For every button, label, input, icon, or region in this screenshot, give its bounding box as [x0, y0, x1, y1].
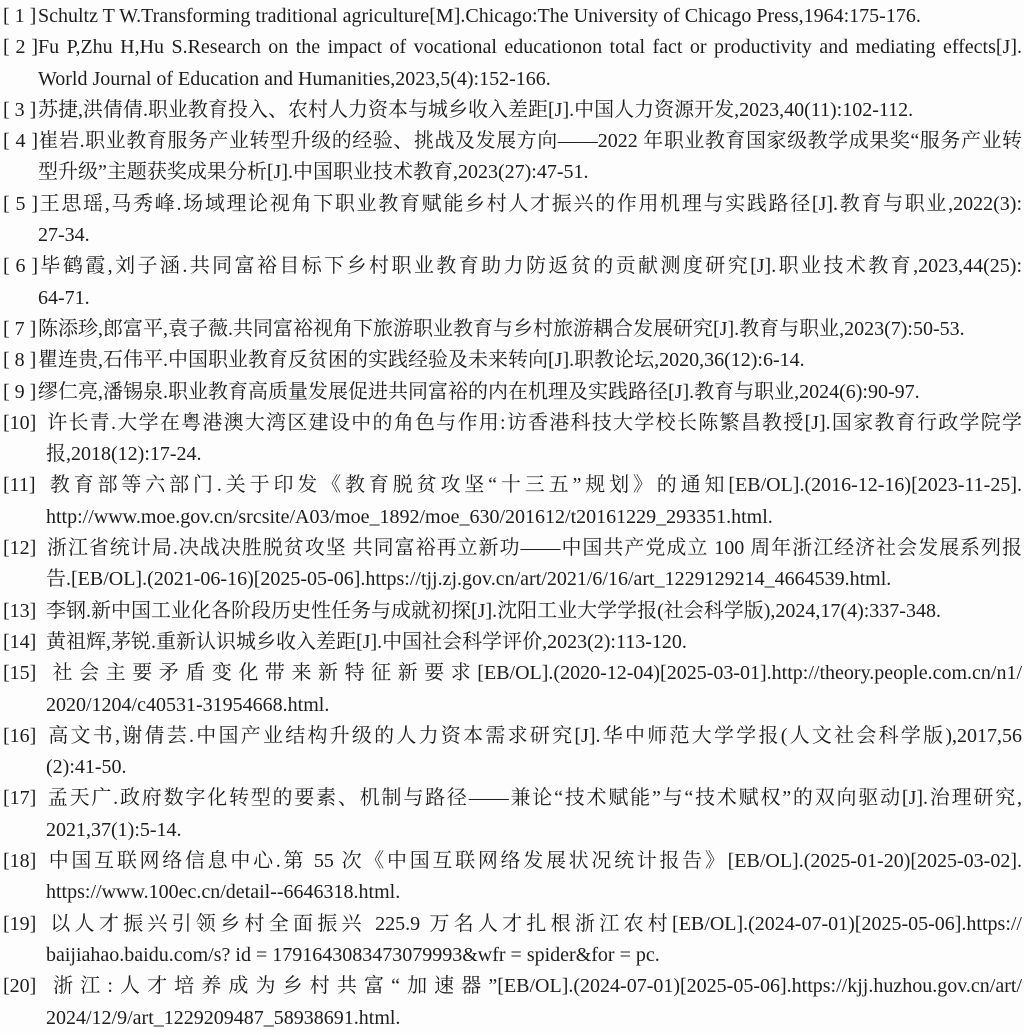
- reference-number: [20]: [3, 971, 46, 1002]
- reference-text: Schultz T W.Transforming traditional agr…: [38, 5, 921, 27]
- reference-line: [ 3 ]苏捷,洪倩倩.职业教育投入、农村人力资本与城乡收入差距[J].中国人力…: [3, 95, 1022, 126]
- reference-number: [ 8 ]: [3, 345, 38, 376]
- reference-number: [ 2 ]: [3, 32, 38, 63]
- reference-number: [ 9 ]: [3, 377, 38, 408]
- reference-text: 王思瑶,马秀峰.场域理论视角下职业教育赋能乡村人才振兴的作用机理与实践路径[J]…: [38, 193, 1022, 215]
- reference-text: 浙江省统计局.决战决胜脱贫攻坚 共同富裕再立新功——中国共产党成立 100 周年…: [46, 537, 1022, 559]
- reference-number: [ 7 ]: [3, 314, 38, 345]
- reference-continuation-line: 2024/12/9/art_1229209487_58938691.html.: [3, 1003, 1022, 1033]
- reference-continuation-line: 型升级”主题获奖成果分析[J].中国职业技术教育,2023(27):47-51.: [3, 157, 1022, 188]
- reference-item: [ 9 ]缪仁亮,潘锡泉.职业教育高质量发展促进共同富裕的内在机理及实践路径[J…: [3, 377, 1022, 408]
- reference-item: [ 6 ]毕鹤霞,刘子涵.共同富裕目标下乡村职业教育助力防返贫的贡献测度研究[J…: [3, 251, 1022, 314]
- reference-item: [18]中国互联网络信息中心.第 55 次《中国互联网络发展状况统计报告》[EB…: [3, 846, 1022, 909]
- reference-line: [10]许长青.大学在粤港澳大湾区建设中的角色与作用:访香港科技大学校长陈繁昌教…: [3, 408, 1022, 439]
- reference-item: [ 8 ]瞿连贵,石伟平.中国职业教育反贫困的实践经验及未来转向[J].职教论坛…: [3, 345, 1022, 376]
- reference-item: [17]孟天广.政府数字化转型的要素、机制与路径——兼论“技术赋能”与“技术赋权…: [3, 783, 1022, 846]
- reference-text: 浙江:人才培养成为乡村共富“加速器”[EB/OL].(2024-07-01)[2…: [46, 975, 1022, 997]
- reference-line: [ 5 ]王思瑶,马秀峰.场域理论视角下职业教育赋能乡村人才振兴的作用机理与实践…: [3, 189, 1022, 220]
- reference-line: [ 6 ]毕鹤霞,刘子涵.共同富裕目标下乡村职业教育助力防返贫的贡献测度研究[J…: [3, 251, 1022, 282]
- reference-continuation-line: https://www.100ec.cn/detail--6646318.htm…: [3, 877, 1022, 908]
- reference-item: [12]浙江省统计局.决战决胜脱贫攻坚 共同富裕再立新功——中国共产党成立 10…: [3, 533, 1022, 596]
- reference-text: 黄祖辉,茅锐.重新认识城乡收入差距[J].中国社会科学评价,2023(2):11…: [46, 631, 687, 653]
- reference-text: 瞿连贵,石伟平.中国职业教育反贫困的实践经验及未来转向[J].职教论坛,2020…: [38, 349, 805, 371]
- reference-text: Fu P,Zhu H,Hu S.Research on the impact o…: [38, 36, 1022, 58]
- reference-item: [ 1 ]Schultz T W.Transforming traditiona…: [3, 1, 1022, 32]
- reference-item: [11]教育部等六部门.关于印发《教育脱贫攻坚“十三五”规划》的通知[EB/OL…: [3, 470, 1022, 533]
- reference-number: [ 5 ]: [3, 189, 38, 220]
- reference-line: [14]黄祖辉,茅锐.重新认识城乡收入差距[J].中国社会科学评价,2023(2…: [3, 627, 1022, 658]
- reference-item: [ 2 ]Fu P,Zhu H,Hu S.Research on the imp…: [3, 32, 1022, 95]
- reference-text: 李钢.新中国工业化各阶段历史性任务与成就初探[J].沈阳工业大学学报(社会科学版…: [46, 600, 941, 622]
- reference-item: [19]以人才振兴引领乡村全面振兴 225.9 万名人才扎根浙江农村[EB/OL…: [3, 909, 1022, 972]
- reference-line: [ 7 ]陈添珍,郎富平,袁子薇.共同富裕视角下旅游职业教育与乡村旅游耦合发展研…: [3, 314, 1022, 345]
- reference-text: 教育部等六部门.关于印发《教育脱贫攻坚“十三五”规划》的通知[EB/OL].(2…: [46, 474, 1022, 496]
- reference-continuation-line: baijiahao.baidu.com/s? id = 179164308347…: [3, 940, 1022, 971]
- reference-number: [11]: [3, 470, 46, 501]
- reference-number: [18]: [3, 846, 46, 877]
- reference-text: 许长青.大学在粤港澳大湾区建设中的角色与作用:访香港科技大学校长陈繁昌教授[J]…: [46, 412, 1022, 434]
- reference-line: [ 9 ]缪仁亮,潘锡泉.职业教育高质量发展促进共同富裕的内在机理及实践路径[J…: [3, 377, 1022, 408]
- reference-number: [ 6 ]: [3, 251, 38, 282]
- reference-continuation-line: (2):41-50.: [3, 752, 1022, 783]
- reference-line: [13]李钢.新中国工业化各阶段历史性任务与成就初探[J].沈阳工业大学学报(社…: [3, 596, 1022, 627]
- reference-continuation-line: http://www.moe.gov.cn/srcsite/A03/moe_18…: [3, 502, 1022, 533]
- reference-text: 社会主要矛盾变化带来新特征新要求[EB/OL].(2020-12-04)[202…: [46, 662, 1022, 684]
- reference-item: [16]高文书,谢倩芸.中国产业结构升级的人力资本需求研究[J].华中师范大学学…: [3, 721, 1022, 784]
- reference-line: [12]浙江省统计局.决战决胜脱贫攻坚 共同富裕再立新功——中国共产党成立 10…: [3, 533, 1022, 564]
- reference-item: [ 7 ]陈添珍,郎富平,袁子薇.共同富裕视角下旅游职业教育与乡村旅游耦合发展研…: [3, 314, 1022, 345]
- reference-text: 苏捷,洪倩倩.职业教育投入、农村人力资本与城乡收入差距[J].中国人力资源开发,…: [38, 99, 913, 121]
- paper-references-page: [ 1 ]Schultz T W.Transforming traditiona…: [0, 0, 1024, 1033]
- reference-text: 以人才振兴引领乡村全面振兴 225.9 万名人才扎根浙江农村[EB/OL].(2…: [46, 913, 1022, 935]
- reference-line: [20]浙江:人才培养成为乡村共富“加速器”[EB/OL].(2024-07-0…: [3, 971, 1022, 1002]
- reference-text: 崔岩.职业教育服务产业转型升级的经验、挑战及发展方向——2022 年职业教育国家…: [38, 130, 1022, 152]
- reference-number: [12]: [3, 533, 46, 564]
- reference-number: [16]: [3, 721, 46, 752]
- reference-line: [ 1 ]Schultz T W.Transforming traditiona…: [3, 1, 1022, 32]
- reference-line: [ 2 ]Fu P,Zhu H,Hu S.Research on the imp…: [3, 32, 1022, 63]
- reference-text: 缪仁亮,潘锡泉.职业教育高质量发展促进共同富裕的内在机理及实践路径[J].教育与…: [38, 381, 920, 403]
- reference-text: 中国互联网络信息中心.第 55 次《中国互联网络发展状况统计报告》[EB/OL]…: [46, 850, 1022, 872]
- reference-item: [10]许长青.大学在粤港澳大湾区建设中的角色与作用:访香港科技大学校长陈繁昌教…: [3, 408, 1022, 471]
- reference-line: [18]中国互联网络信息中心.第 55 次《中国互联网络发展状况统计报告》[EB…: [3, 846, 1022, 877]
- reference-item: [ 4 ]崔岩.职业教育服务产业转型升级的经验、挑战及发展方向——2022 年职…: [3, 126, 1022, 189]
- reference-continuation-line: 告.[EB/OL].(2021-06-16)[2025-05-06].https…: [3, 564, 1022, 595]
- reference-line: [15]社会主要矛盾变化带来新特征新要求[EB/OL].(2020-12-04)…: [3, 658, 1022, 689]
- reference-number: [10]: [3, 408, 46, 439]
- reference-continuation-line: World Journal of Education and Humanitie…: [3, 64, 1022, 95]
- reference-number: [15]: [3, 658, 46, 689]
- reference-continuation-line: 27-34.: [3, 220, 1022, 251]
- reference-text: 陈添珍,郎富平,袁子薇.共同富裕视角下旅游职业教育与乡村旅游耦合发展研究[J].…: [38, 318, 965, 340]
- reference-number: [19]: [3, 909, 46, 940]
- reference-line: [ 4 ]崔岩.职业教育服务产业转型升级的经验、挑战及发展方向——2022 年职…: [3, 126, 1022, 157]
- reference-item: [14]黄祖辉,茅锐.重新认识城乡收入差距[J].中国社会科学评价,2023(2…: [3, 627, 1022, 658]
- references-list: [ 1 ]Schultz T W.Transforming traditiona…: [3, 1, 1022, 1033]
- reference-line: [11]教育部等六部门.关于印发《教育脱贫攻坚“十三五”规划》的通知[EB/OL…: [3, 470, 1022, 501]
- reference-line: [17]孟天广.政府数字化转型的要素、机制与路径——兼论“技术赋能”与“技术赋权…: [3, 783, 1022, 814]
- reference-text: 孟天广.政府数字化转型的要素、机制与路径——兼论“技术赋能”与“技术赋权”的双向…: [46, 787, 1022, 809]
- reference-item: [13]李钢.新中国工业化各阶段历史性任务与成就初探[J].沈阳工业大学学报(社…: [3, 596, 1022, 627]
- reference-text: 高文书,谢倩芸.中国产业结构升级的人力资本需求研究[J].华中师范大学学报(人文…: [46, 725, 1022, 747]
- reference-item: [15]社会主要矛盾变化带来新特征新要求[EB/OL].(2020-12-04)…: [3, 658, 1022, 721]
- reference-item: [ 3 ]苏捷,洪倩倩.职业教育投入、农村人力资本与城乡收入差距[J].中国人力…: [3, 95, 1022, 126]
- reference-continuation-line: 2021,37(1):5-14.: [3, 815, 1022, 846]
- reference-number: [13]: [3, 596, 46, 627]
- reference-number: [ 3 ]: [3, 95, 38, 126]
- reference-continuation-line: 2020/1204/c40531-31954668.html.: [3, 690, 1022, 721]
- reference-number: [14]: [3, 627, 46, 658]
- reference-line: [19]以人才振兴引领乡村全面振兴 225.9 万名人才扎根浙江农村[EB/OL…: [3, 909, 1022, 940]
- reference-number: [ 4 ]: [3, 126, 38, 157]
- reference-text: 毕鹤霞,刘子涵.共同富裕目标下乡村职业教育助力防返贫的贡献测度研究[J].职业技…: [38, 255, 1022, 277]
- reference-continuation-line: 报,2018(12):17-24.: [3, 439, 1022, 470]
- reference-item: [20]浙江:人才培养成为乡村共富“加速器”[EB/OL].(2024-07-0…: [3, 971, 1022, 1033]
- reference-item: [ 5 ]王思瑶,马秀峰.场域理论视角下职业教育赋能乡村人才振兴的作用机理与实践…: [3, 189, 1022, 252]
- reference-continuation-line: 64-71.: [3, 283, 1022, 314]
- reference-line: [16]高文书,谢倩芸.中国产业结构升级的人力资本需求研究[J].华中师范大学学…: [3, 721, 1022, 752]
- reference-number: [17]: [3, 783, 46, 814]
- reference-number: [ 1 ]: [3, 1, 38, 32]
- reference-line: [ 8 ]瞿连贵,石伟平.中国职业教育反贫困的实践经验及未来转向[J].职教论坛…: [3, 345, 1022, 376]
